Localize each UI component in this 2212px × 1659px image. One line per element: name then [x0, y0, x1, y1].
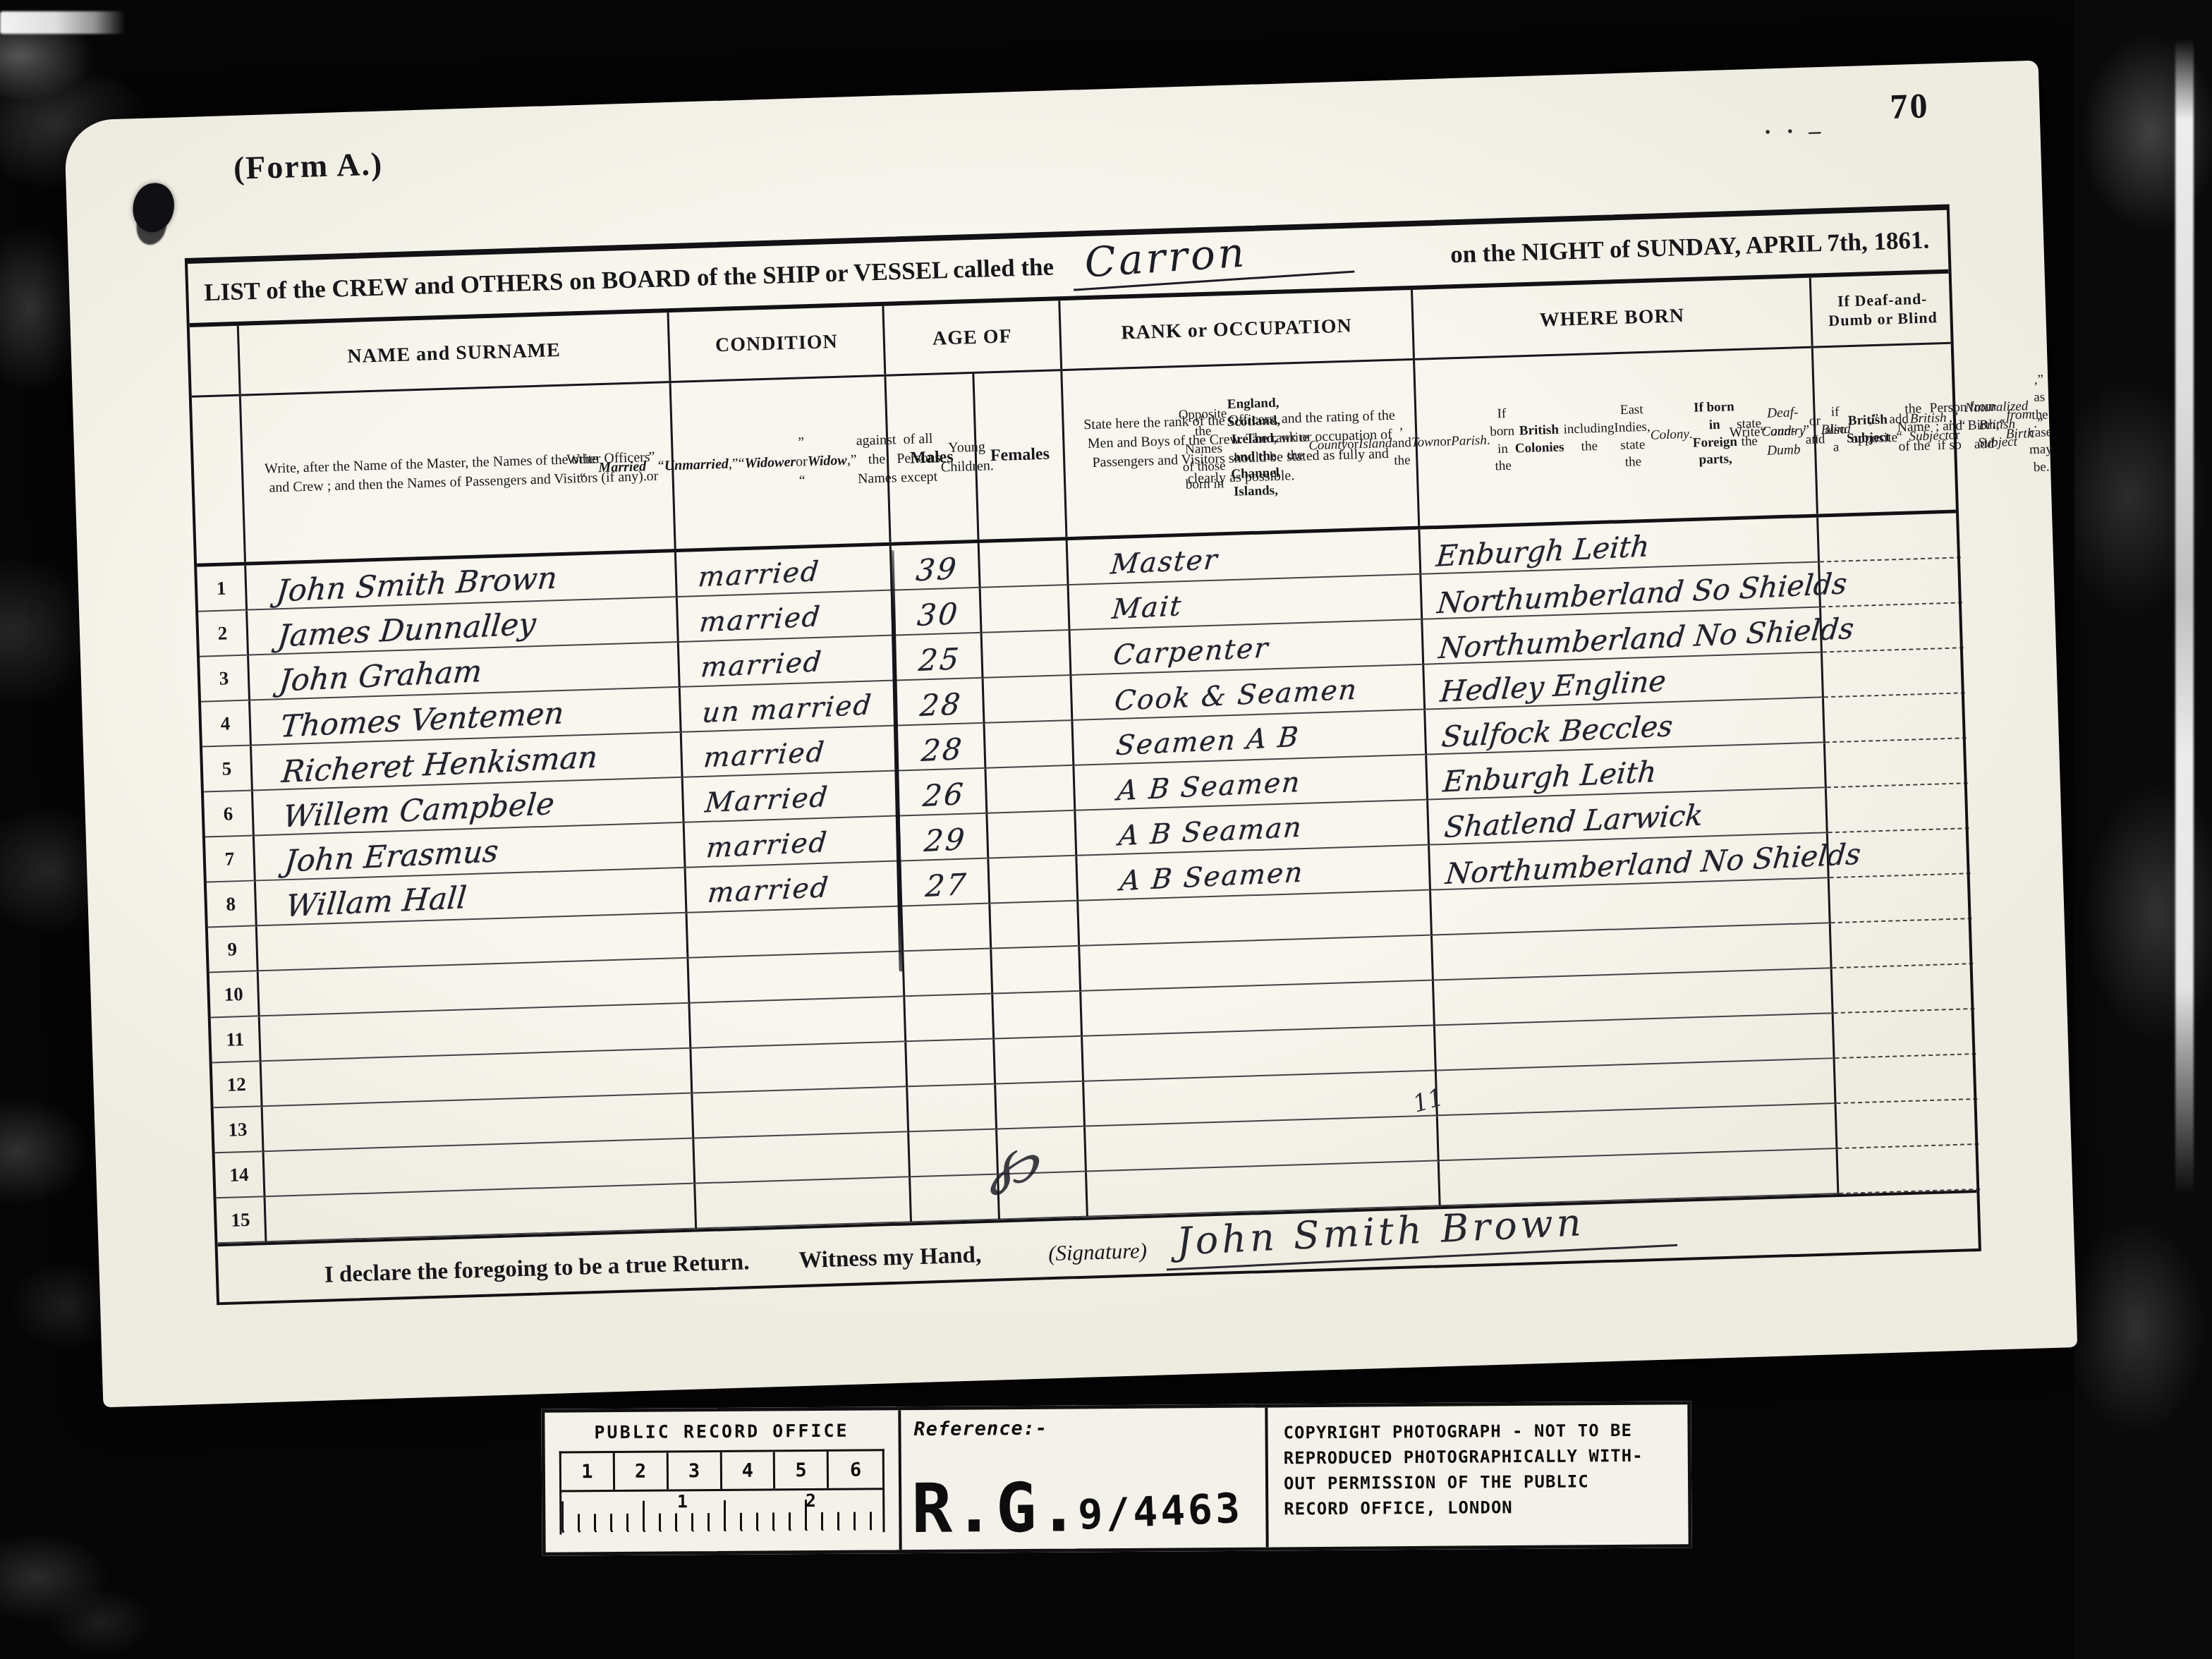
heading-age: AGE OF	[884, 300, 1062, 375]
crew-age-female	[993, 992, 1083, 1040]
crew-age-male: 30	[893, 588, 983, 636]
crew-deaf-note	[1820, 558, 1962, 607]
crew-condition: married	[682, 727, 899, 778]
ruler-number: 3	[668, 1452, 722, 1490]
form-label: (Form A.)	[233, 145, 384, 186]
title-prefix: LIST of the CREW and OTHERS on BOARD of …	[204, 253, 1055, 307]
crew-age-male: 29	[899, 814, 989, 862]
row-number: 14	[215, 1152, 266, 1198]
crew-condition	[691, 1042, 908, 1093]
ruler-lower-number-2: 2	[806, 1490, 816, 1511]
description-deaf: Write“Deaf-and-Dumb,”or “Blind,” opposit…	[1813, 344, 1959, 513]
crew-condition	[690, 997, 906, 1048]
heading-row-number	[190, 326, 241, 396]
crew-age-female	[984, 676, 1074, 724]
ink-blot	[130, 181, 176, 234]
crew-condition	[688, 952, 905, 1003]
description-condition: Write “Married” or“Unmarried,”“Widower” …	[671, 377, 892, 549]
crew-deaf-note	[1837, 1100, 1979, 1149]
crew-age-female	[992, 947, 1081, 995]
crew-age-male: 26	[899, 769, 988, 817]
crew-age-female	[981, 585, 1071, 633]
crew-deaf-note	[1823, 648, 1965, 698]
crew-age-female	[983, 631, 1072, 679]
crew-deaf-note	[1821, 603, 1964, 652]
row-number: 1	[197, 566, 248, 612]
crew-age-male: 25	[894, 633, 984, 681]
copyright-line: COPYRIGHT PHOTOGRAPH - NOT TO BE	[1283, 1417, 1676, 1445]
crew-age-male: 27	[901, 859, 990, 907]
heading-name: NAME and SURNAME	[239, 312, 671, 394]
reference-number: 9/4463	[1077, 1484, 1244, 1539]
film-light-streak	[2175, 39, 2194, 1196]
heading-rank: RANK or OCCUPATION	[1060, 290, 1415, 369]
crew-age-male: 28	[896, 679, 985, 727]
crew-age-female	[980, 540, 1069, 588]
crew-condition: un married	[681, 681, 897, 733]
flourish-mark: ℘	[989, 1121, 1040, 1199]
copyright-line: RECORD OFFICE, LONDON	[1284, 1493, 1677, 1521]
crew-age-female	[988, 811, 1077, 859]
crew-condition: married	[686, 861, 903, 913]
crew-deaf-note	[1824, 693, 1967, 743]
crew-condition: married	[678, 591, 894, 643]
row-number: 7	[205, 836, 256, 882]
crew-age-male	[911, 1174, 1000, 1222]
crew-age-male: 39	[892, 543, 981, 591]
ruler-lower-number-1: 1	[677, 1491, 688, 1512]
row-number: 6	[204, 791, 255, 837]
crew-deaf-note	[1831, 919, 1974, 968]
row-number: 4	[201, 700, 252, 747]
crew-deaf-note	[1827, 784, 1969, 833]
crew-deaf-note	[1835, 1055, 1978, 1104]
row-number: 9	[208, 926, 259, 973]
crew-age-male	[908, 1084, 997, 1132]
row-number: 13	[214, 1107, 265, 1153]
crew-condition: Married	[683, 771, 900, 822]
film-texture-bottom-left	[0, 1511, 183, 1659]
measurement-ruler: 123456 1 2	[559, 1449, 885, 1534]
description-row-number	[192, 396, 246, 564]
pro-reference-panel: Reference:- R.G. 9/4463	[901, 1408, 1268, 1550]
declaration-text: I declare the foregoing to be a true Ret…	[324, 1249, 750, 1288]
crew-age-male	[904, 949, 993, 997]
crew-condition: married	[676, 546, 893, 597]
pro-office-panel: PUBLIC RECORD OFFICE 123456 1 2	[545, 1410, 901, 1552]
scanned-crew-list-photograph: { "page": { "form_label": "(Form A.)", "…	[0, 0, 2212, 1659]
page-number-marks: · · –	[1763, 118, 1825, 147]
crew-deaf-note	[1837, 1145, 1980, 1194]
row-number: 3	[200, 656, 250, 703]
crew-deaf-note	[1830, 874, 1972, 923]
crew-condition: married	[685, 816, 901, 868]
crew-condition	[688, 906, 904, 958]
row-number: 5	[202, 746, 253, 792]
crew-condition	[693, 1087, 909, 1138]
row-number: 2	[198, 611, 249, 657]
page-number: 70	[1889, 85, 1930, 127]
witness-text: Witness my Hand,	[798, 1242, 982, 1274]
crew-age-male	[902, 904, 992, 952]
crew-condition: married	[679, 636, 896, 688]
crew-condition	[694, 1132, 911, 1184]
reference-label: Reference:-	[913, 1416, 1252, 1440]
crew-age-female	[985, 721, 1074, 769]
title-suffix: on the NIGHT of SUNDAY, APRIL 7th, 1861.	[1450, 226, 1929, 269]
row-number: 15	[217, 1197, 267, 1244]
crew-age-male	[909, 1129, 999, 1177]
row-number: 12	[212, 1062, 263, 1108]
crew-age-male	[906, 1039, 996, 1087]
crew-deaf-note	[1818, 513, 1961, 562]
heading-condition: CONDITION	[669, 306, 886, 381]
crew-deaf-note	[1834, 1009, 1976, 1059]
document-page: (Form A.) · · – 70 LIST of the CREW and …	[64, 61, 2077, 1408]
archive-reference-strip: PUBLIC RECORD OFFICE 123456 1 2 Referenc…	[541, 1401, 1691, 1555]
ruler-number: 5	[775, 1452, 829, 1489]
crew-age-female	[995, 1037, 1084, 1085]
table-body: 1 John Smith Brown married 39 Master Enb…	[197, 513, 1976, 1244]
ruler-upper-scale: 123456	[561, 1451, 882, 1492]
label-males: Males	[886, 374, 979, 542]
heading-deaf: If Deaf-and-Dumb or Blind	[1811, 274, 1955, 346]
crew-age-male: 28	[897, 724, 987, 772]
crew-age-female	[986, 766, 1076, 814]
crew-deaf-note	[1833, 964, 1975, 1014]
heading-born: WHERE BORN	[1413, 278, 1813, 358]
crew-age-female	[990, 901, 1080, 949]
crew-deaf-note	[1825, 739, 1968, 788]
ruler-number: 2	[615, 1452, 669, 1490]
reference-series: R.G.	[911, 1468, 1081, 1548]
row-number: 8	[207, 881, 257, 928]
crew-condition	[695, 1177, 912, 1229]
pro-copyright-panel: COPYRIGHT PHOTOGRAPH - NOT TO BEREPRODUC…	[1268, 1404, 1688, 1547]
label-females: Females	[974, 371, 1067, 540]
pro-office-title: PUBLIC RECORD OFFICE	[559, 1420, 884, 1442]
signature-label: (Signature)	[1048, 1238, 1148, 1266]
copyright-line: REPRODUCED PHOTOGRAPHICALLY WITH-	[1284, 1442, 1677, 1471]
ruler-lower-scale: 1 2	[561, 1490, 882, 1532]
ruler-number: 1	[561, 1453, 615, 1490]
film-highlight-top-left	[0, 11, 126, 34]
row-number: 11	[211, 1016, 262, 1063]
copyright-line: OUT PERMISSION OF THE PUBLIC	[1284, 1468, 1677, 1496]
crew-age-male	[905, 995, 995, 1043]
ship-name-handwritten: Carron	[1071, 221, 1355, 291]
crew-list-table: LIST of the CREW and OTHERS on BOARD of …	[185, 205, 1981, 1306]
row-number: 10	[209, 971, 260, 1018]
ruler-number: 6	[829, 1451, 882, 1488]
crew-age-female	[989, 856, 1078, 904]
crew-deaf-note	[1828, 829, 1971, 878]
ruler-number: 4	[722, 1452, 775, 1489]
